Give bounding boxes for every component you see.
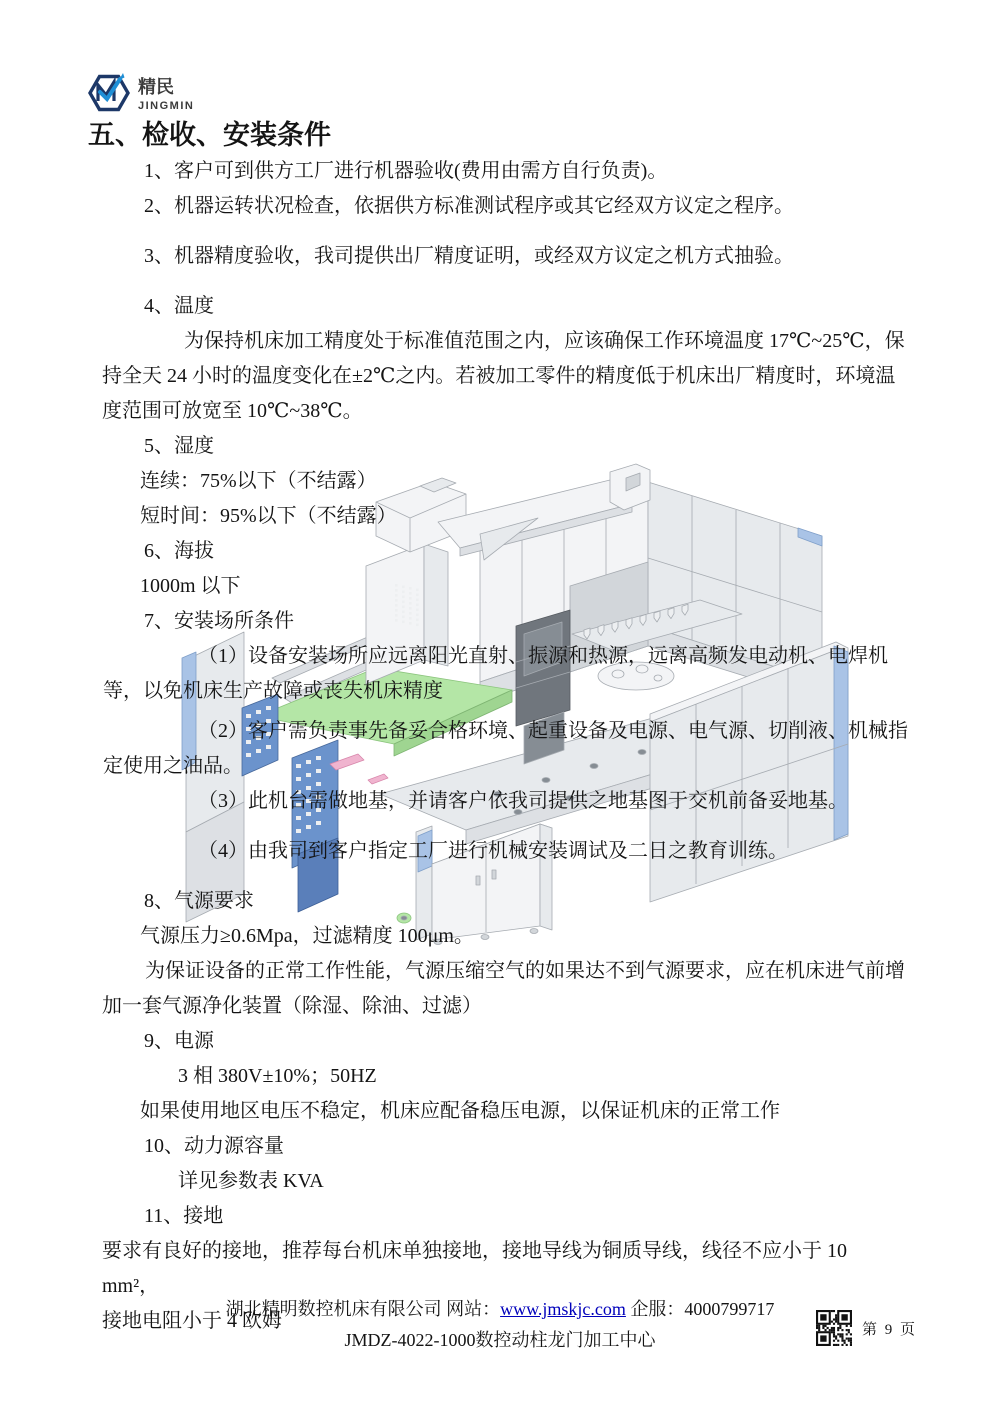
doc-line: 3 相 380V±10%；50HZ — [88, 1059, 908, 1094]
doc-line: 为保持机床加工精度处于标准值范围之内，应该确保工作环境温度 17℃~25℃，保持… — [88, 324, 908, 429]
doc-line: 气源压力≥0.6Mpa，过滤精度 100μm。 — [88, 919, 908, 954]
doc-line: 11、接地 — [88, 1199, 908, 1234]
logo-brand-en: JINGMIN — [138, 100, 194, 112]
document-page: 精民 JINGMIN — [0, 0, 1000, 1417]
doc-line: 10、动力源容量 — [88, 1129, 908, 1164]
doc-line: 短时间：95%以下（不结露） — [88, 499, 908, 534]
footer-company-text: 湖北精明数控机床有限公司 网站： — [226, 1299, 501, 1319]
footer-service-text: 企服：4000799717 — [626, 1299, 775, 1319]
doc-line: 连续：75%以下（不结露） — [88, 464, 908, 499]
doc-line: 2、机器运转状况检查，依据供方标准测试程序或其它经双方议定之程序。 — [88, 189, 908, 224]
doc-line: 3、机器精度验收，我司提供出厂精度证明，或经双方议定之机方式抽验。 — [88, 239, 908, 274]
doc-line: 详见参数表 KVA — [88, 1164, 908, 1199]
doc-line: 五、检收、安装条件 — [88, 116, 908, 154]
doc-line: （1）设备安装场所应远离阳光直射、振源和热源，远离高频发电动机、电焊机等，以免机… — [88, 639, 908, 709]
jingmin-logo: 精民 JINGMIN — [86, 68, 256, 120]
doc-line: 8、气源要求 — [88, 884, 908, 919]
page-number-label: 第 9 页 — [862, 1318, 917, 1339]
doc-line: 4、温度 — [88, 289, 908, 324]
qr-code-icon — [816, 1310, 852, 1346]
doc-line: 6、海拔 — [88, 534, 908, 569]
website-link[interactable]: www.jmskjc.com — [500, 1299, 626, 1319]
doc-line: （3）此机台需做地基，并请客户依我司提供之地基图于交机前备妥地基。 — [88, 784, 908, 819]
doc-line: 5、湿度 — [88, 429, 908, 464]
logo-brand-cn: 精民 — [138, 76, 174, 97]
doc-line: 如果使用地区电压不稳定，机床应配备稳压电源，以保证机床的正常工作 — [88, 1094, 908, 1129]
doc-line: （4）由我司到客户指定工厂进行机械安装调试及二日之教育训练。 — [88, 834, 908, 869]
doc-line: 9、电源 — [88, 1024, 908, 1059]
doc-line: 7、安装场所条件 — [88, 604, 908, 639]
doc-line: 1、客户可到供方工厂进行机器验收(费用由需方自行负责)。 — [88, 154, 908, 189]
doc-line: 为保证设备的正常工作性能，气源压缩空气的如果达不到气源要求，应在机床进气前增加一… — [88, 954, 908, 1024]
doc-line: 1000m 以下 — [88, 569, 908, 604]
document-body: 五、检收、安装条件1、客户可到供方工厂进行机器验收(费用由需方自行负责)。2、机… — [88, 116, 908, 1339]
doc-line: （2）客户需负责事先备妥合格环境、起重设备及电源、电气源、切削液、机械指定使用之… — [88, 714, 908, 784]
page-number-block: 第 9 页 — [816, 1310, 917, 1346]
